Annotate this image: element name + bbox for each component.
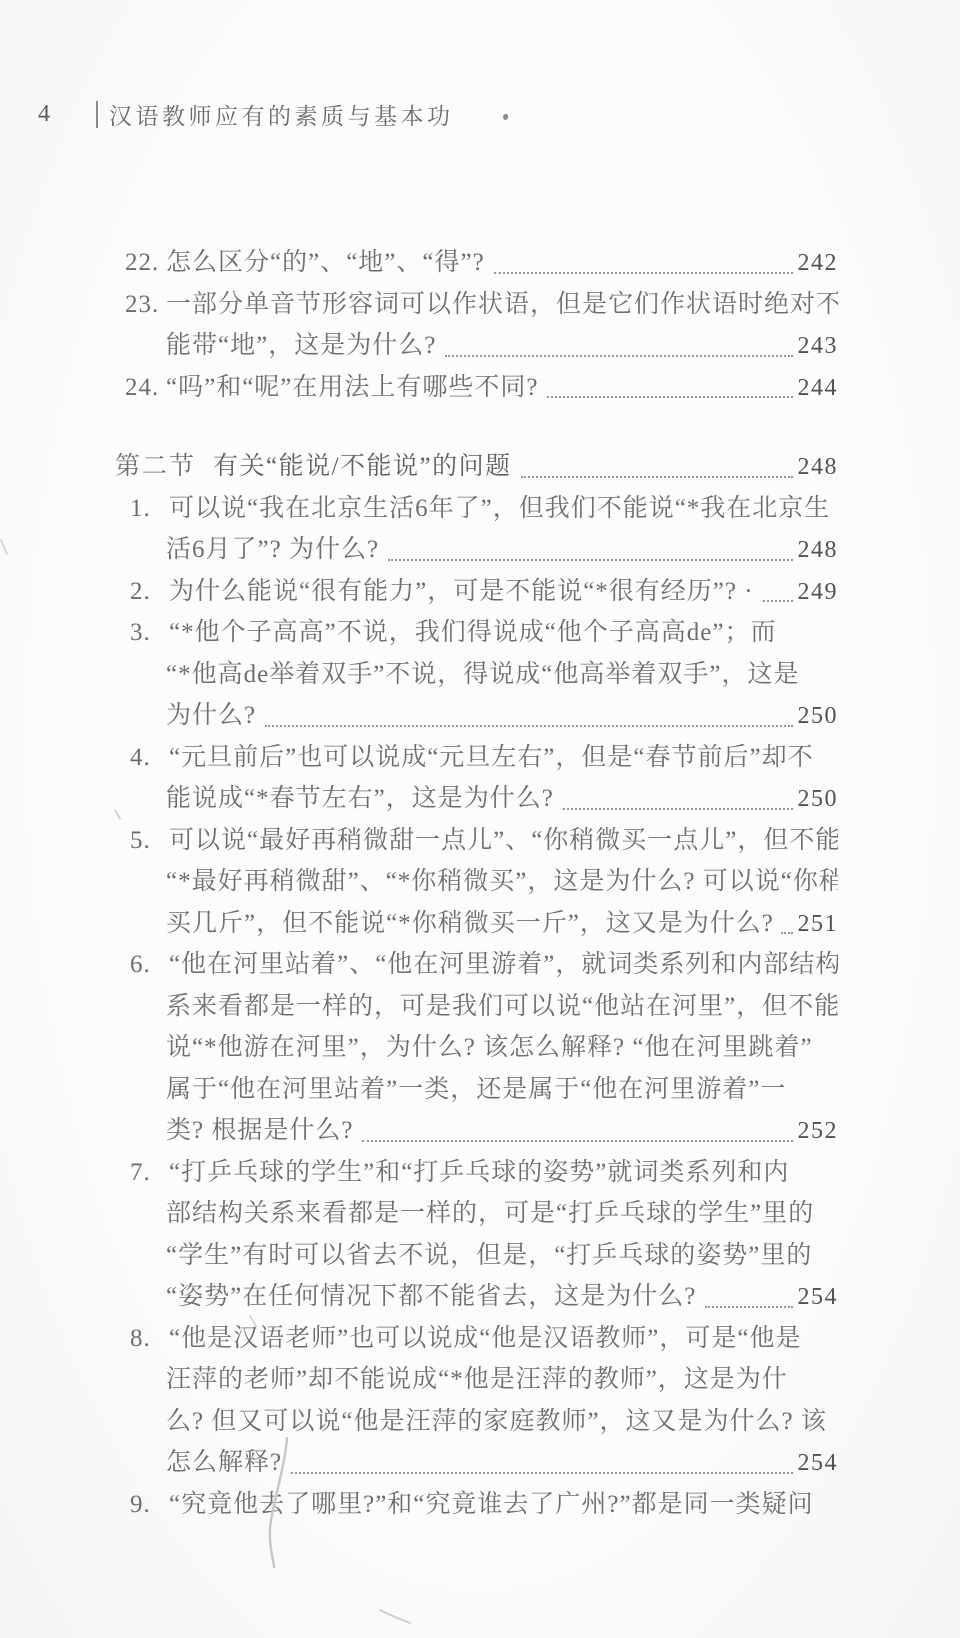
running-head: 4 汉语教师应有的素质与基本功: [38, 96, 900, 132]
toc-line: 3. “*他个子高高”不说，我们得说成“他个子高高de”；而: [125, 612, 838, 654]
toc-item-text: 可以说“我在北京生活6年了”，但我们不能说“*我在北京生: [169, 488, 830, 530]
dot-leader: [521, 476, 793, 478]
dot-leader: [705, 1306, 792, 1308]
toc-item-text: 么? 但又可以说“他是汪萍的家庭教师”，这又是为什么? 该: [166, 1401, 827, 1443]
page-folio-number: 4: [38, 101, 51, 128]
toc-line: 能说成“*春节左右”，这是为什么? 250: [125, 778, 838, 820]
toc-item-number: 9.: [125, 1484, 169, 1526]
toc-item-text: 可以说“最好再稍微甜一点儿”、“你稍微买一点儿”，但不能说: [169, 820, 838, 862]
toc-item-number: 2.: [125, 571, 169, 613]
toc-line: 属于“他在河里站着”一类，还是属于“他在河里游着”一: [125, 1069, 838, 1111]
toc-line: “学生”有时可以省去不说，但是，“打乒乓球的姿势”里的: [125, 1235, 838, 1277]
toc-line: 9. “究竟他去了哪里?”和“究竟谁去了广州?”都是同一类疑问: [125, 1484, 838, 1526]
toc-line: “姿势”在任何情况下都不能省去，这是为什么? 254: [125, 1276, 838, 1318]
toc-page-number: 249: [798, 572, 839, 614]
toc-line: 4. “元旦前后”也可以说成“元旦左右”，但是“春节前后”却不: [125, 737, 838, 779]
dot-leader: [563, 808, 793, 810]
toc-item-text: 汪萍的老师”却不能说成“*他是汪萍的教师”，这是为什: [166, 1359, 788, 1401]
toc-item-number: 6.: [125, 944, 169, 986]
dot-leader: [763, 600, 793, 602]
toc-item-text: 买几斤”，但不能说“*你稍微买一斤”，这又是为什么?: [166, 903, 772, 945]
toc-line: 说“*他游在河里”，为什么? 该怎么解释? “他在河里跳着”: [125, 1027, 838, 1069]
toc-item-number: 7.: [125, 1152, 169, 1194]
toc-item-text: “姿势”在任何情况下都不能省去，这是为什么?: [166, 1276, 696, 1318]
toc-item-number: 5.: [125, 820, 169, 862]
toc-item-text: “吗”和“呢”在用法上有哪些不同?: [166, 367, 538, 409]
toc-item-number: 8.: [125, 1318, 169, 1360]
toc-item-text: 有关“能说/不能说”的问题: [213, 446, 512, 488]
toc-page-number: 251: [798, 904, 839, 946]
dot-leader: [547, 396, 792, 398]
toc-item-text: 能带“地”，这是为什么?: [166, 325, 436, 367]
toc-line: 8. “他是汉语老师”也可以说成“他是汉语教师”，可是“他是: [125, 1318, 838, 1360]
toc-item-text: 说“*他游在河里”，为什么? 该怎么解释? “他在河里跳着”: [166, 1027, 813, 1069]
toc-page-number: 243: [798, 326, 839, 368]
toc-page-number: 250: [798, 779, 839, 821]
toc-item-text: “*最好再稍微甜”、“*你稍微买”，这是为什么? 可以说“你稍微: [166, 861, 838, 903]
toc-page-number: 244: [798, 368, 839, 410]
toc-item-number: 3.: [125, 612, 169, 654]
toc-item-text: 为什么?: [166, 695, 256, 737]
ink-dot-artifact: [503, 114, 508, 120]
toc-line: 7. “打乒乓球的学生”和“打乒乓球的姿势”就词类系列和内: [125, 1152, 838, 1194]
toc-page-number: 252: [798, 1111, 839, 1153]
dot-leader: [781, 932, 793, 934]
toc-line: 第二节 有关“能说/不能说”的问题 248: [115, 446, 838, 488]
toc-item-number: 4.: [125, 737, 169, 779]
toc-item-text: 部结构关系来看都是一样的，可是“打乒乓球的学生”里的: [166, 1193, 814, 1235]
dot-leader: [445, 355, 792, 357]
toc-line: 23. 一部分单音节形容词可以作状语，但是它们作状语时绝对不: [125, 284, 838, 326]
toc-page-number: 250: [798, 696, 839, 738]
toc-item-text: “*他高de举着双手”不说，得说成“他高举着双手”，这是: [166, 654, 799, 696]
toc-line: 怎么解释? 254: [125, 1442, 838, 1484]
toc-item-text: 一部分单音节形容词可以作状语，但是它们作状语时绝对不: [166, 284, 838, 326]
header-divider-bar: [96, 101, 98, 128]
toc-page-number: 248: [798, 530, 839, 572]
toc-item-text: “他是汉语老师”也可以说成“他是汉语教师”，可是“他是: [169, 1318, 801, 1360]
dot-leader: [388, 559, 792, 561]
toc-item-number: 24.: [125, 367, 166, 409]
toc-item-text: “*他个子高高”不说，我们得说成“他个子高高de”；而: [169, 612, 776, 654]
dot-leader: [265, 725, 792, 727]
toc-line: 活6月了”? 为什么? 248: [125, 529, 838, 571]
book-title: 汉语教师应有的素质与基本功: [109, 98, 454, 131]
toc-line: 买几斤”，但不能说“*你稍微买一斤”，这又是为什么? 251: [125, 903, 838, 945]
toc-item-text: “学生”有时可以省去不说，但是，“打乒乓球的姿势”里的: [166, 1235, 812, 1277]
toc-item-number: 23.: [125, 284, 166, 326]
toc-item-number: 22.: [125, 242, 166, 284]
toc-page-number: 254: [798, 1443, 839, 1485]
toc-line: 24. “吗”和“呢”在用法上有哪些不同? 244: [125, 367, 838, 409]
toc-item-text: “他在河里站着”、“他在河里游着”，就词类系列和内部结构关: [169, 944, 838, 986]
toc-line: 2. 为什么能说“很有能力”，可是不能说“*很有经历”? · 249: [125, 571, 838, 613]
toc-item-number: 第二节: [115, 446, 196, 488]
toc-line: 部结构关系来看都是一样的，可是“打乒乓球的学生”里的: [125, 1193, 838, 1235]
toc-line: 汪萍的老师”却不能说成“*他是汪萍的教师”，这是为什: [125, 1359, 838, 1401]
toc-line: 为什么? 250: [125, 695, 838, 737]
toc-item-text: 属于“他在河里站着”一类，还是属于“他在河里游着”一: [166, 1069, 786, 1111]
toc-line: 能带“地”，这是为什么? 243: [125, 325, 838, 367]
toc-item-text: 活6月了”? 为什么?: [166, 529, 379, 571]
toc-line: 么? 但又可以说“他是汪萍的家庭教师”，这又是为什么? 该: [125, 1401, 838, 1443]
toc-line: “*最好再稍微甜”、“*你稍微买”，这是为什么? 可以说“你稍微: [125, 861, 838, 903]
toc-item-number: 1.: [125, 488, 169, 530]
toc-item-text: 为什么能说“很有能力”，可是不能说“*很有经历”? ·: [169, 571, 754, 613]
toc-item-text: “元旦前后”也可以说成“元旦左右”，但是“春节前后”却不: [169, 737, 814, 779]
dot-leader: [494, 272, 793, 274]
toc-line: 22. 怎么区分“的”、“地”、“得”? 242: [125, 242, 838, 284]
toc-item-text: 系来看都是一样的，可是我们可以说“他站在河里”，但不能: [166, 986, 838, 1028]
toc-item-text: 怎么解释?: [166, 1442, 282, 1484]
toc-page-number: 254: [798, 1277, 839, 1319]
toc-item-text: 能说成“*春节左右”，这是为什么?: [166, 778, 554, 820]
toc-line: “*他高de举着双手”不说，得说成“他高举着双手”，这是: [125, 654, 838, 696]
toc-line: 5. 可以说“最好再稍微甜一点儿”、“你稍微买一点儿”，但不能说: [125, 820, 838, 862]
toc-line: 系来看都是一样的，可是我们可以说“他站在河里”，但不能: [125, 986, 838, 1028]
toc-item-text: 类? 根据是什么?: [166, 1110, 353, 1152]
toc-item-text: “打乒乓球的学生”和“打乒乓球的姿势”就词类系列和内: [169, 1152, 789, 1194]
toc-list: 22. 怎么区分“的”、“地”、“得”? 242 23. 一部分单音节形容词可以…: [125, 242, 838, 1525]
toc-item-text: “究竟他去了哪里?”和“究竟谁去了广州?”都是同一类疑问: [169, 1484, 814, 1526]
book-page: 4 汉语教师应有的素质与基本功 22. 怎么区分“的”、“地”、“得”? 242…: [0, 0, 960, 1638]
toc-page-number: 242: [798, 243, 839, 285]
toc-page-number: 248: [798, 447, 839, 489]
dot-leader: [362, 1140, 792, 1142]
dot-leader: [291, 1472, 792, 1474]
toc-line: 类? 根据是什么? 252: [125, 1110, 838, 1152]
toc-line: 1. 可以说“我在北京生活6年了”，但我们不能说“*我在北京生: [125, 488, 838, 530]
toc-item-text: 怎么区分“的”、“地”、“得”?: [166, 242, 485, 284]
toc-line: 6. “他在河里站着”、“他在河里游着”，就词类系列和内部结构关: [125, 944, 838, 986]
